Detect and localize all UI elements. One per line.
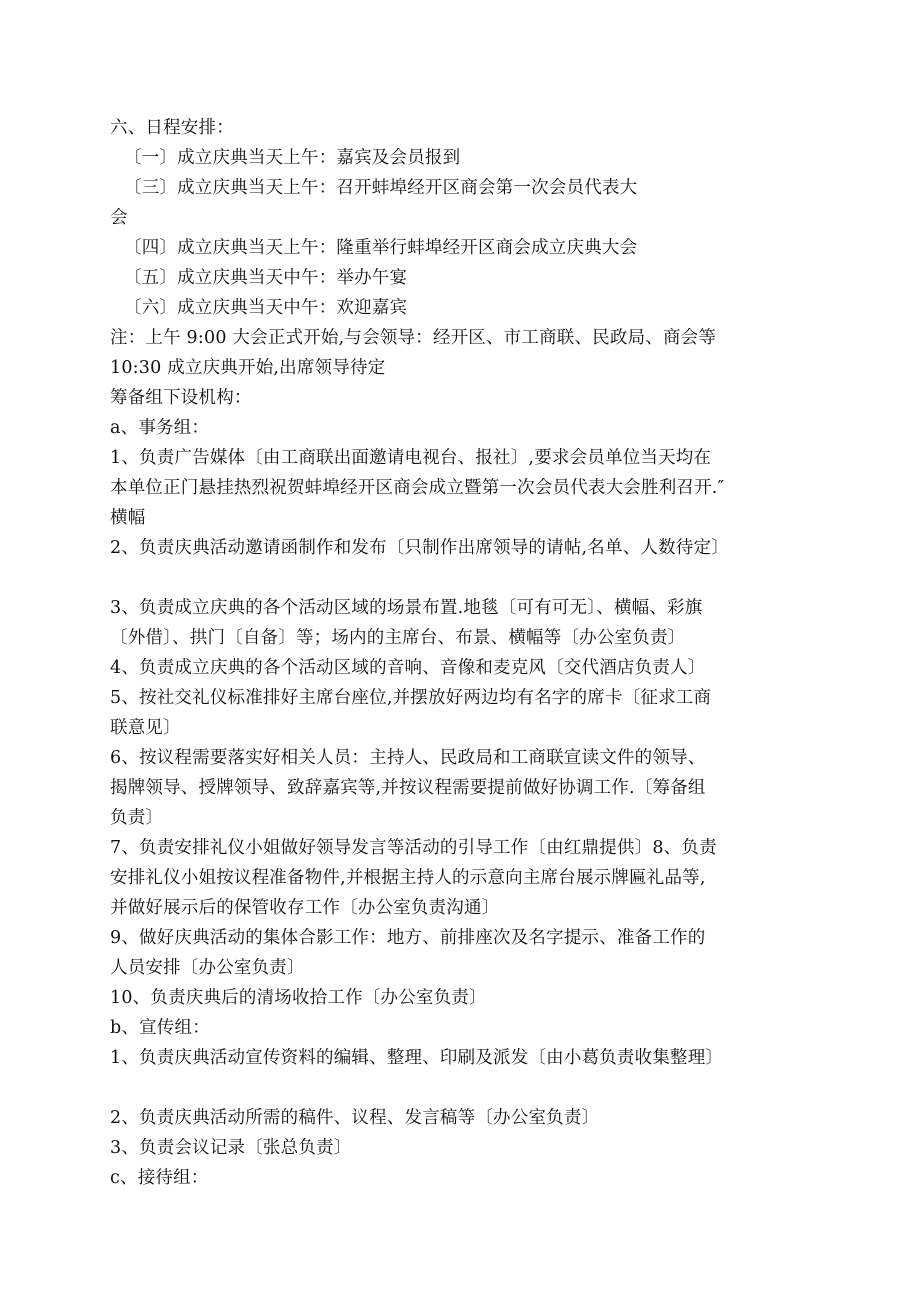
section-heading-organization: 筹备组下设机构： <box>110 387 252 409</box>
schedule-item-1: 〔一〕成立庆典当天上午：嘉宾及会员报到 <box>124 147 460 169</box>
schedule-note: 注：上午 9:00 大会正式开始,与会领导：经开区、市工商联、民政局、商会等 <box>110 327 716 349</box>
document-page: 六、日程安排： 〔一〕成立庆典当天上午：嘉宾及会员报到 〔三〕成立庆典当天上午：… <box>0 0 920 1303</box>
schedule-note-continued: 10:30 成立庆典开始,出席领导待定 <box>110 357 385 379</box>
affairs-item-7-8: 7、负责安排礼仪小姐做好领导发言等活动的引导工作〔由红鼎提供〕8、负责 <box>110 837 717 859</box>
affairs-item-6: 6、按议程需要落实好相关人员：主持人、民政局和工商联宣读文件的领导、 <box>110 747 705 769</box>
schedule-item-6: 〔六〕成立庆典当天中午：欢迎嘉宾 <box>124 297 407 319</box>
publicity-item-3: 3、负责会议记录〔张总负责〕 <box>110 1137 351 1159</box>
affairs-item-6-continued-2: 负责〕 <box>110 807 163 829</box>
affairs-item-2: 2、负责庆典活动邀请函制作和发布〔只制作出席领导的请帖,名单、人数待定〕 <box>110 537 729 559</box>
publicity-item-1: 1、负责庆典活动宣传资料的编辑、整理、印刷及派发〔由小葛负责收集整理〕 <box>110 1047 723 1069</box>
affairs-item-8-continued: 安排礼仪小姐按议程准备物件,并根据主持人的示意向主席台展示牌匾礼品等, <box>110 867 706 889</box>
affairs-item-9-continued: 人员安排〔办公室负责〕 <box>110 957 305 979</box>
affairs-item-4: 4、负责成立庆典的各个活动区域的音响、音像和麦克风〔交代酒店负责人〕 <box>110 657 705 679</box>
schedule-item-4: 〔四〕成立庆典当天上午：隆重举行蚌埠经开区商会成立庆典大会 <box>124 237 637 259</box>
group-heading-reception: c、接待组： <box>110 1167 209 1189</box>
affairs-item-3-continued: 〔外借〕、拱门〔自备〕等；场内的主席台、布景、横幅等〔办公室负责〕 <box>110 627 685 649</box>
group-heading-affairs: a、事务组： <box>110 417 209 439</box>
schedule-item-3: 〔三〕成立庆典当天上午：召开蚌埠经开区商会第一次会员代表大 <box>124 177 637 199</box>
section-heading-schedule: 六、日程安排： <box>110 117 234 139</box>
affairs-item-5: 5、按社交礼仪标准排好主席台座位,并摆放好两边均有名字的席卡〔征求工商 <box>110 687 711 709</box>
schedule-item-3-continued: 会 <box>110 207 128 229</box>
affairs-item-6-continued: 揭牌领导、授牌领导、致辞嘉宾等,并按议程需要提前做好协调工作.〔筹备组 <box>110 777 706 799</box>
affairs-item-9: 9、做好庆典活动的集体合影工作：地方、前排座次及名字提示、准备工作的 <box>110 927 705 949</box>
affairs-item-1: 1、负责广告媒体〔由工商联出面邀请电视台、报社〕,要求会员单位当天均在 <box>110 447 711 469</box>
affairs-item-5-continued: 联意见〕 <box>110 717 181 739</box>
affairs-item-3: 3、负责成立庆典的各个活动区域的场景布置.地毯〔可有可无〕、横幅、彩旗 <box>110 597 702 619</box>
affairs-item-10: 10、负责庆典后的清场收拾工作〔办公室负责〕 <box>110 987 487 1009</box>
affairs-item-1-continued-2: 横幅 <box>110 507 145 529</box>
publicity-item-2: 2、负责庆典活动所需的稿件、议程、发言稿等〔办公室负责〕 <box>110 1107 599 1129</box>
affairs-item-8-continued-2: 并做好展示后的保管收存工作〔办公室负责沟通〕 <box>110 897 499 919</box>
group-heading-publicity: b、宣传组： <box>110 1017 210 1039</box>
schedule-item-5: 〔五〕成立庆典当天中午：举办午宴 <box>124 267 407 289</box>
affairs-item-1-continued: 本单位正门悬挂热烈祝贺蚌埠经开区商会成立暨第一次会员代表大会胜利召开.″ <box>110 477 724 499</box>
